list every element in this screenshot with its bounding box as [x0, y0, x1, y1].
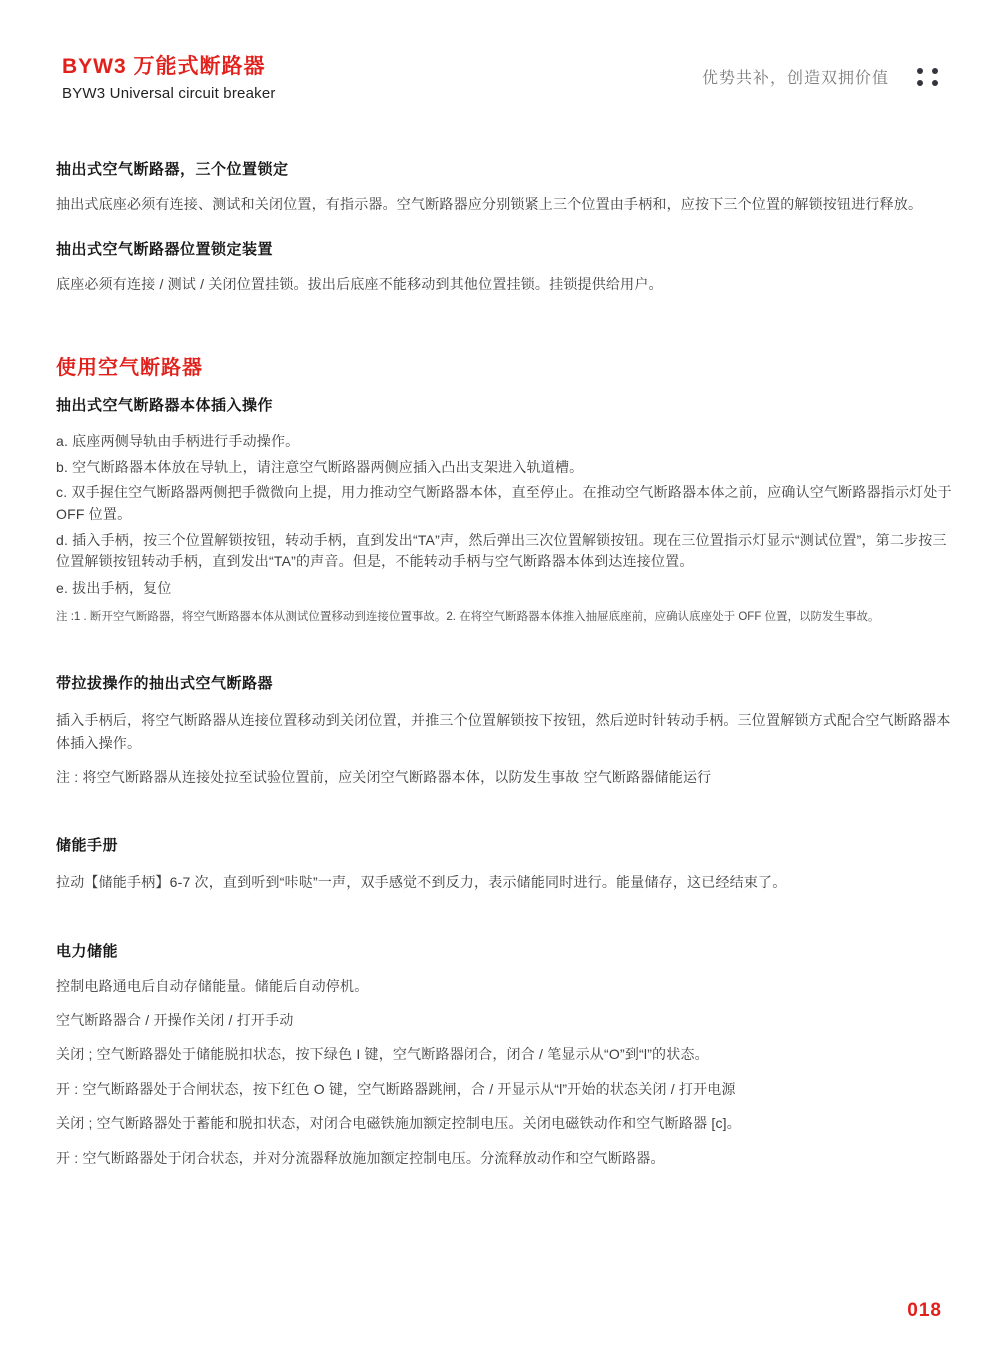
line-open-close-manual: 空气断路器合 / 开操作关闭 / 打开手动 — [56, 1009, 956, 1031]
dot-icon — [917, 80, 923, 86]
section-heading-position-lock-device: 抽出式空气断路器位置锁定装置 — [56, 238, 956, 259]
section-heading-withdraw-operation: 带拉拔操作的抽出式空气断路器 — [56, 672, 956, 693]
paragraph-withdraw-operation: 插入手柄后，将空气断路器从连接位置移动到关闭位置，并推三个位置解锁按下按钮，然后… — [56, 709, 956, 754]
paragraph-three-position-lock: 抽出式底座必须有连接、测试和关闭位置，有指示器。空气断路器应分别锁紧上三个位置由… — [56, 193, 956, 215]
line-open-shunt: 开 : 空气断路器处于闭合状态，并对分流器释放施加额定控制电压。分流释放动作和空… — [56, 1147, 956, 1169]
page-header: BYW3 万能式断路器 BYW3 Universal circuit break… — [56, 55, 956, 102]
note-insertion: 注 :1 . 断开空气断路器，将空气断路器本体从测试位置移动到连接位置事故。2.… — [56, 608, 956, 626]
line-open-red-key: 开 : 空气断路器处于合闸状态，按下红色 O 键，空气断路器跳闸，合 / 开显示… — [56, 1078, 956, 1100]
section-heading-three-position-lock: 抽出式空气断路器，三个位置锁定 — [56, 158, 956, 179]
note-withdraw-operation: 注 : 将空气断路器从连接处拉至试验位置前，应关闭空气断路器本体，以防发生事故 … — [56, 766, 956, 788]
section-heading-body-insertion: 抽出式空气断路器本体插入操作 — [56, 394, 956, 415]
list-item-c: c. 双手握住空气断路器两侧把手微微向上提，用力推动空气断路器本体，直至停止。在… — [56, 482, 956, 525]
header-slogan: 优势共补，创造双拥价值 — [702, 65, 889, 88]
header-title-block: BYW3 万能式断路器 BYW3 Universal circuit break… — [62, 55, 276, 102]
dot-icon — [932, 68, 938, 74]
header-right: 优势共补，创造双拥价值 — [702, 65, 938, 88]
catalog-page: BYW3 万能式断路器 BYW3 Universal circuit break… — [0, 0, 1000, 1358]
section-heading-energy-storage-manual: 储能手册 — [56, 834, 956, 855]
page-title: BYW3 万能式断路器 — [62, 55, 276, 79]
page-number: 018 — [907, 1300, 942, 1322]
list-item-e: e. 拔出手柄，复位 — [56, 578, 956, 600]
section-heading-electric-energy-storage: 电力储能 — [56, 940, 956, 961]
list-item-b: b. 空气断路器本体放在导轨上，请注意空气断路器两侧应插入凸出支架进入轨道槽。 — [56, 457, 956, 479]
list-item-a: a. 底座两侧导轨由手柄进行手动操作。 — [56, 431, 956, 453]
page-subtitle: BYW3 Universal circuit breaker — [62, 85, 276, 102]
dot-icon — [917, 68, 923, 74]
line-auto-storage: 控制电路通电后自动存储能量。储能后自动停机。 — [56, 975, 956, 997]
paragraph-energy-storage-manual: 拉动【储能手柄】6-7 次，直到听到“咔哒”一声，双手感觉不到反力，表示储能同时… — [56, 871, 956, 893]
chapter-heading-using-breaker: 使用空气断路器 — [56, 351, 956, 380]
list-item-d: d. 插入手柄，按三个位置解锁按钮，转动手柄，直到发出“TA”声，然后弹出三次位… — [56, 530, 956, 573]
line-close-green-key: 关闭 ; 空气断路器处于储能脱扣状态，按下绿色 I 键，空气断路器闭合，闭合 /… — [56, 1043, 956, 1065]
paragraph-position-lock-device: 底座必须有连接 / 测试 / 关闭位置挂锁。拔出后底座不能移动到其他位置挂锁。挂… — [56, 273, 956, 295]
line-close-magnet: 关闭 ; 空气断路器处于蓄能和脱扣状态，对闭合电磁铁施加额定控制电压。关闭电磁铁… — [56, 1112, 956, 1134]
dot-icon — [932, 80, 938, 86]
grid-dots-icon — [917, 68, 938, 86]
